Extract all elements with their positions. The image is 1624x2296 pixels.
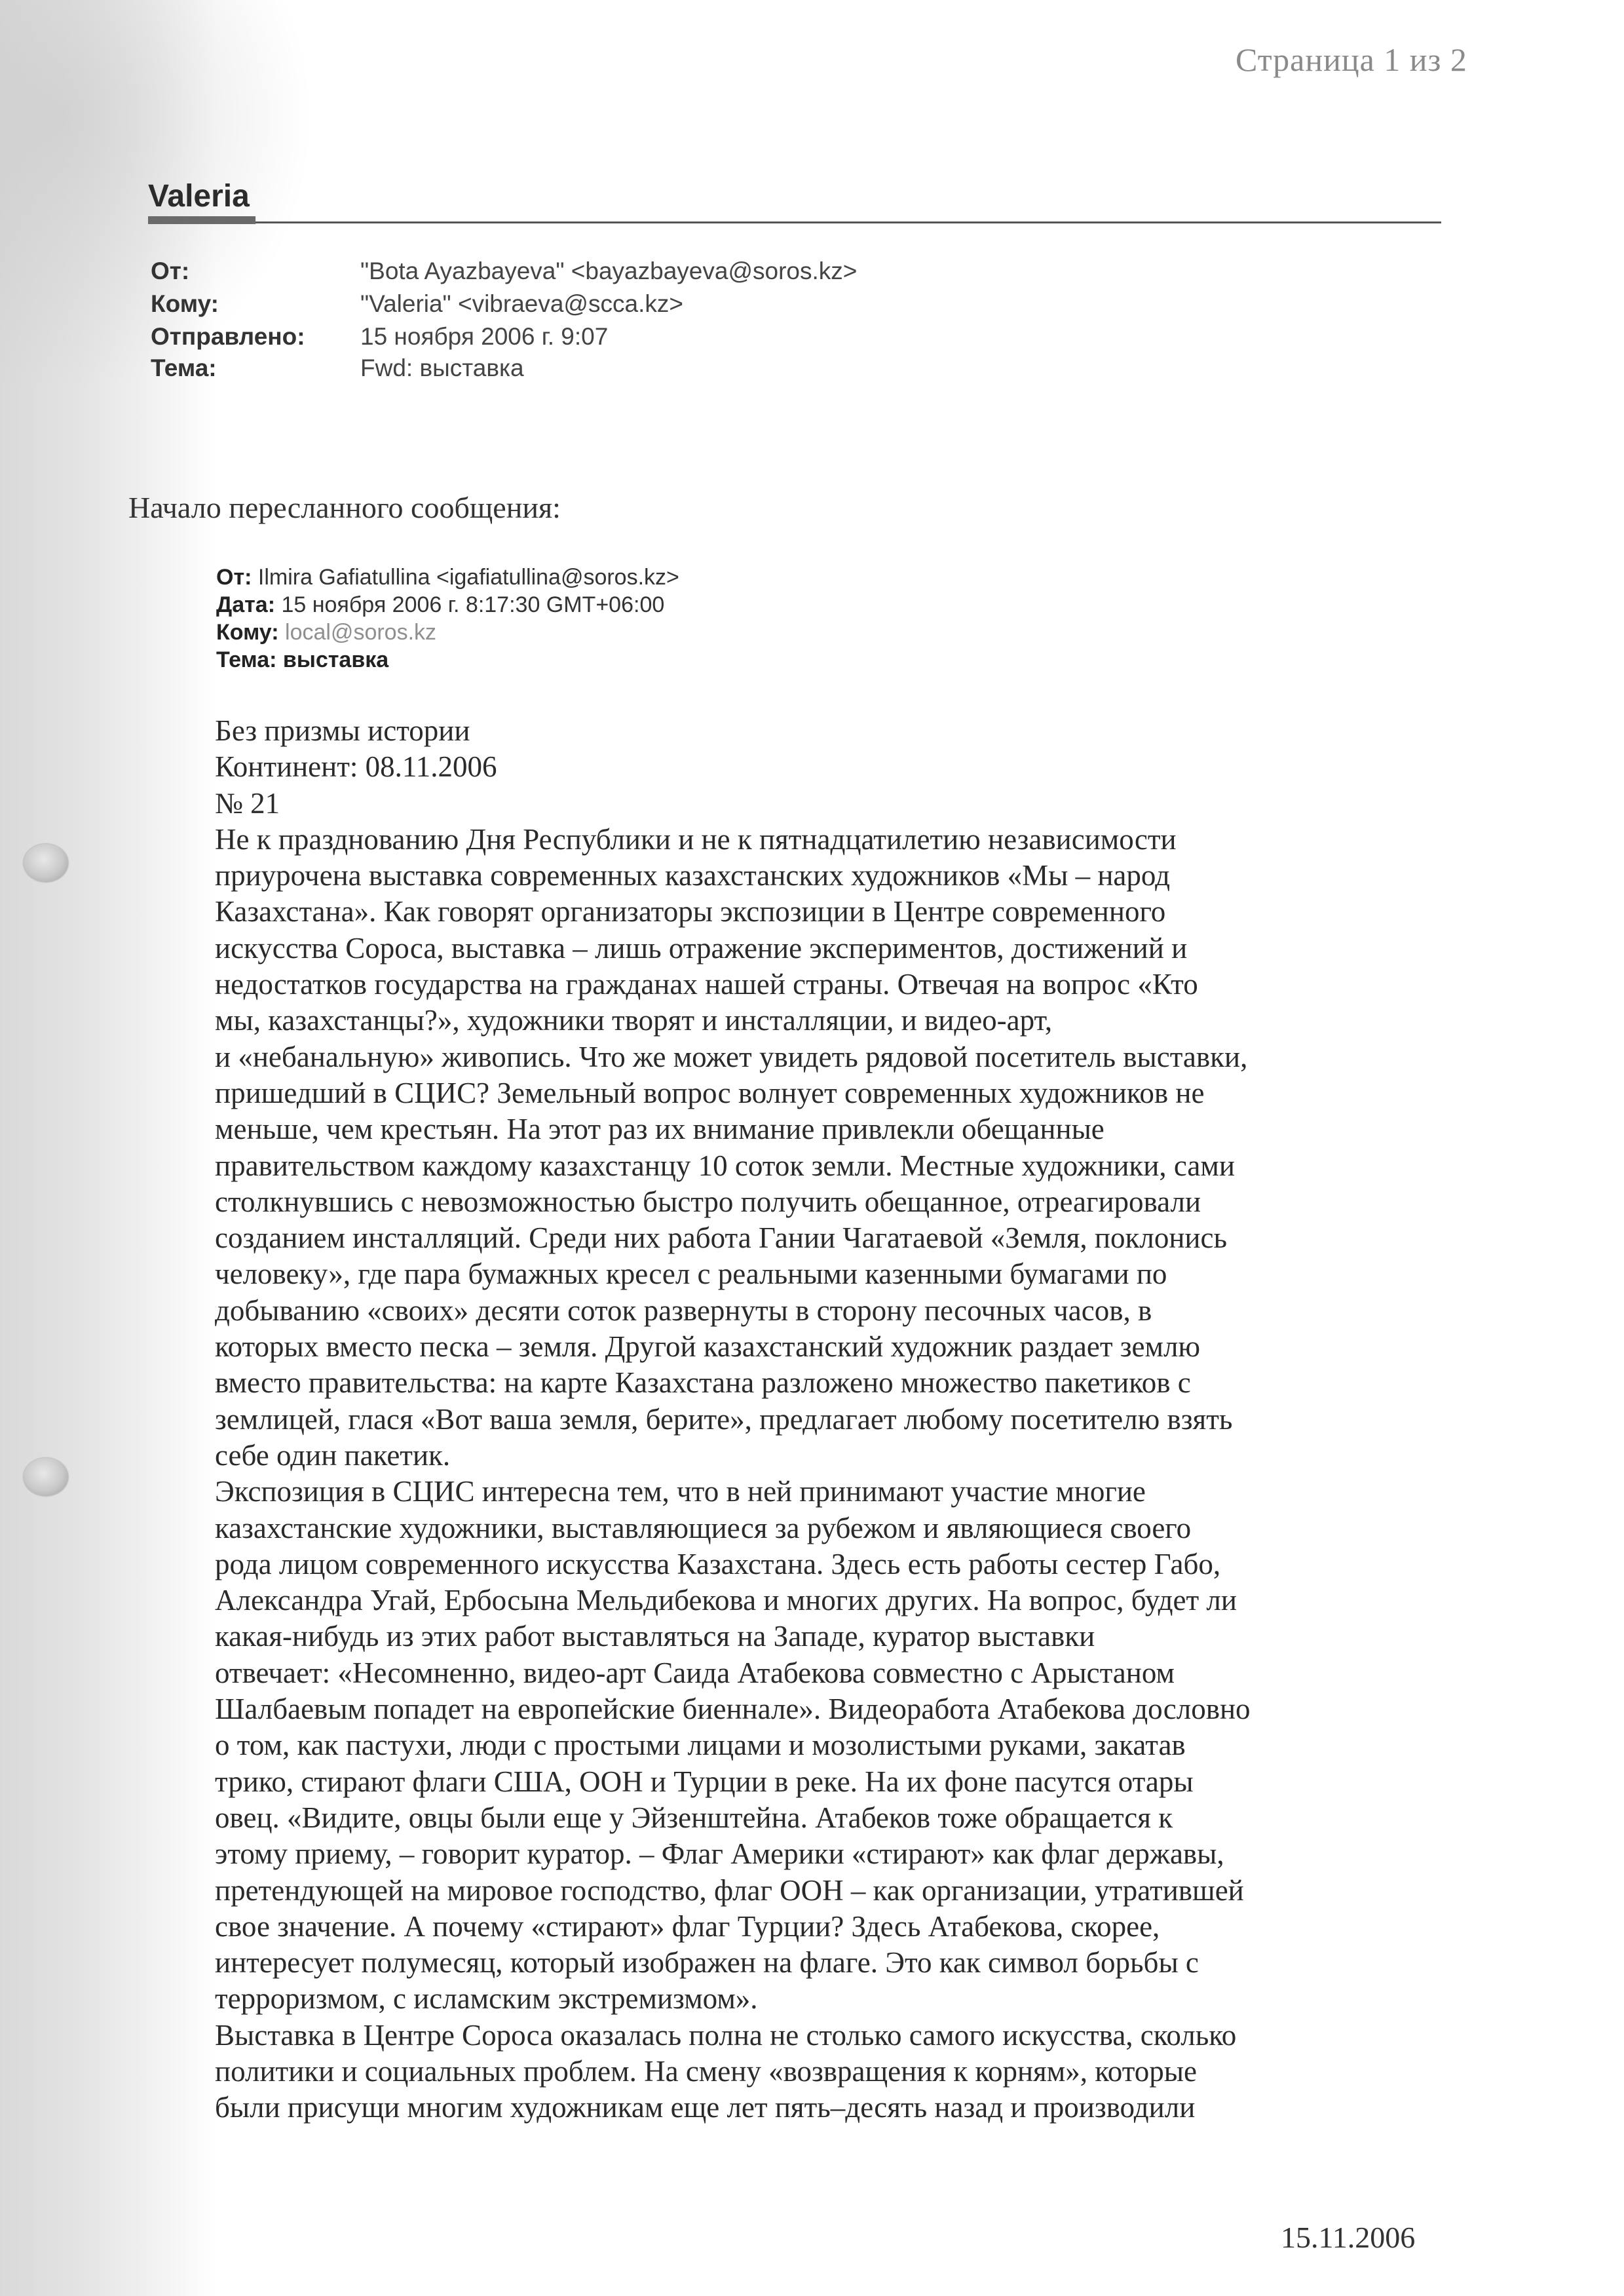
mailbox-owner: Valeria bbox=[148, 178, 250, 214]
article-line: казахстанские художники, выставляющиеся … bbox=[215, 1510, 1407, 1546]
article-line: мы, казахстанцы?», художники творят и ин… bbox=[215, 1003, 1407, 1039]
fwd-from-value: Ilmira Gafiatullina <igafiatullina@soros… bbox=[252, 565, 679, 590]
header-sent-label: Отправлено: bbox=[151, 323, 305, 351]
fwd-to-label: Кому: bbox=[216, 620, 279, 645]
article-line: Александра Угай, Ербосына Мельдибекова и… bbox=[215, 1582, 1407, 1618]
article-line: Экспозиция в СЦИС интересна тем, что в н… bbox=[215, 1474, 1407, 1510]
article-line: недостатков государства на гражданах наш… bbox=[215, 966, 1407, 1003]
article-line: политики и социальных проблем. На смену … bbox=[215, 2054, 1407, 2090]
article-line: были присущи многим художникам еще лет п… bbox=[215, 2090, 1407, 2126]
article-body: Без призмы истории Континент: 08.11.2006… bbox=[215, 713, 1407, 2126]
article-line: рода лицом современного искусства Казахс… bbox=[215, 1546, 1407, 1582]
article-line: Выставка в Центре Сороса оказалась полна… bbox=[215, 2018, 1407, 2054]
article-line: себе один пакетик. bbox=[215, 1438, 1407, 1474]
footer-date: 15.11.2006 bbox=[1281, 2220, 1415, 2255]
fwd-to-value: local@soros.kz bbox=[279, 620, 436, 645]
punch-hole-icon bbox=[24, 1458, 68, 1496]
article-line: Шалбаевым попадет на европейские биеннал… bbox=[215, 1691, 1407, 1727]
title-accent-bar bbox=[148, 216, 255, 224]
article-line: терроризмом, с исламским экстремизмом». bbox=[215, 1981, 1407, 2017]
article-line: добыванию «своих» десяти соток развернут… bbox=[215, 1293, 1407, 1329]
article-line: интересует полумесяц, который изображен … bbox=[215, 1945, 1407, 1981]
fwd-date-value: 15 ноября 2006 г. 8:17:30 GMT+06:00 bbox=[275, 592, 664, 617]
article-line: землицей, глася «Вот ваша земля, берите»… bbox=[215, 1402, 1407, 1438]
article-line: приурочена выставка современных казахста… bbox=[215, 858, 1407, 894]
article-line: столкнувшись с невозможностью быстро пол… bbox=[215, 1184, 1407, 1220]
punch-hole-icon bbox=[24, 844, 68, 882]
article-line: свое значение. А почему «стирают» флаг Т… bbox=[215, 1909, 1407, 1945]
article-line: отвечает: «Несомненно, видео-арт Саида А… bbox=[215, 1655, 1407, 1691]
article-source: Континент: 08.11.2006 bbox=[215, 749, 1407, 785]
header-sent-value: 15 ноября 2006 г. 9:07 bbox=[360, 323, 608, 351]
article-line: человеку», где пара бумажных кресел с ре… bbox=[215, 1256, 1407, 1292]
article-line: пришедший в СЦИС? Земельный вопрос волну… bbox=[215, 1075, 1407, 1111]
article-line: трико, стирают флаги США, ООН и Турции в… bbox=[215, 1764, 1407, 1800]
title-divider bbox=[255, 221, 1441, 223]
article-line: меньше, чем крестьян. На этот раз их вни… bbox=[215, 1111, 1407, 1147]
page-indicator: Страница 1 из 2 bbox=[1236, 41, 1467, 79]
article-line: какая-нибудь из этих работ выставляться … bbox=[215, 1618, 1407, 1655]
article-line: Казахстана». Как говорят организаторы эк… bbox=[215, 894, 1407, 930]
article-line: о том, как пастухи, люди с простыми лица… bbox=[215, 1727, 1407, 1763]
article-line: этому приему, – говорит куратор. – Флаг … bbox=[215, 1836, 1407, 1872]
article-line: правительством каждому казахстанцу 10 со… bbox=[215, 1148, 1407, 1184]
header-from-value: "Bota Ayazbayeva" <bayazbayeva@soros.kz> bbox=[360, 258, 857, 285]
fwd-date-label: Дата: bbox=[216, 592, 275, 617]
article-line: овец. «Видите, овцы были еще у Эйзенштей… bbox=[215, 1800, 1407, 1836]
article-line: Не к празднованию Дня Республики и не к … bbox=[215, 822, 1407, 858]
header-to-value: "Valeria" <vibraeva@scca.kz> bbox=[360, 290, 683, 318]
header-from-label: От: bbox=[151, 258, 189, 285]
fwd-subject: Тема: выставка bbox=[216, 647, 388, 672]
article-text: Не к празднованию Дня Республики и не к … bbox=[215, 822, 1407, 2126]
article-line: которых вместо песка – земля. Другой каз… bbox=[215, 1329, 1407, 1365]
fwd-date-row: Дата: 15 ноября 2006 г. 8:17:30 GMT+06:0… bbox=[216, 592, 664, 618]
article-line: и «небанальную» живопись. Что же может у… bbox=[215, 1039, 1407, 1075]
forwarded-intro: Начало пересланного сообщения: bbox=[128, 490, 561, 525]
header-subject-value: Fwd: выставка bbox=[360, 354, 524, 382]
article-line: искусства Сороса, выставка – лишь отраже… bbox=[215, 930, 1407, 966]
article-line: вместо правительства: на карте Казахстан… bbox=[215, 1365, 1407, 1401]
fwd-subject-row: Тема: выставка bbox=[216, 647, 388, 673]
fwd-from-row: От: Ilmira Gafiatullina <igafiatullina@s… bbox=[216, 565, 679, 590]
article-title: Без призмы истории bbox=[215, 713, 1407, 749]
header-to-label: Кому: bbox=[151, 290, 219, 318]
fwd-to-row: Кому: local@soros.kz bbox=[216, 620, 436, 645]
fwd-from-label: От: bbox=[216, 565, 252, 590]
article-line: претендующей на мировое господство, флаг… bbox=[215, 1873, 1407, 1909]
header-subject-label: Тема: bbox=[151, 354, 217, 382]
article-issue: № 21 bbox=[215, 786, 1407, 822]
article-line: созданием инсталляций. Среди них работа … bbox=[215, 1220, 1407, 1256]
